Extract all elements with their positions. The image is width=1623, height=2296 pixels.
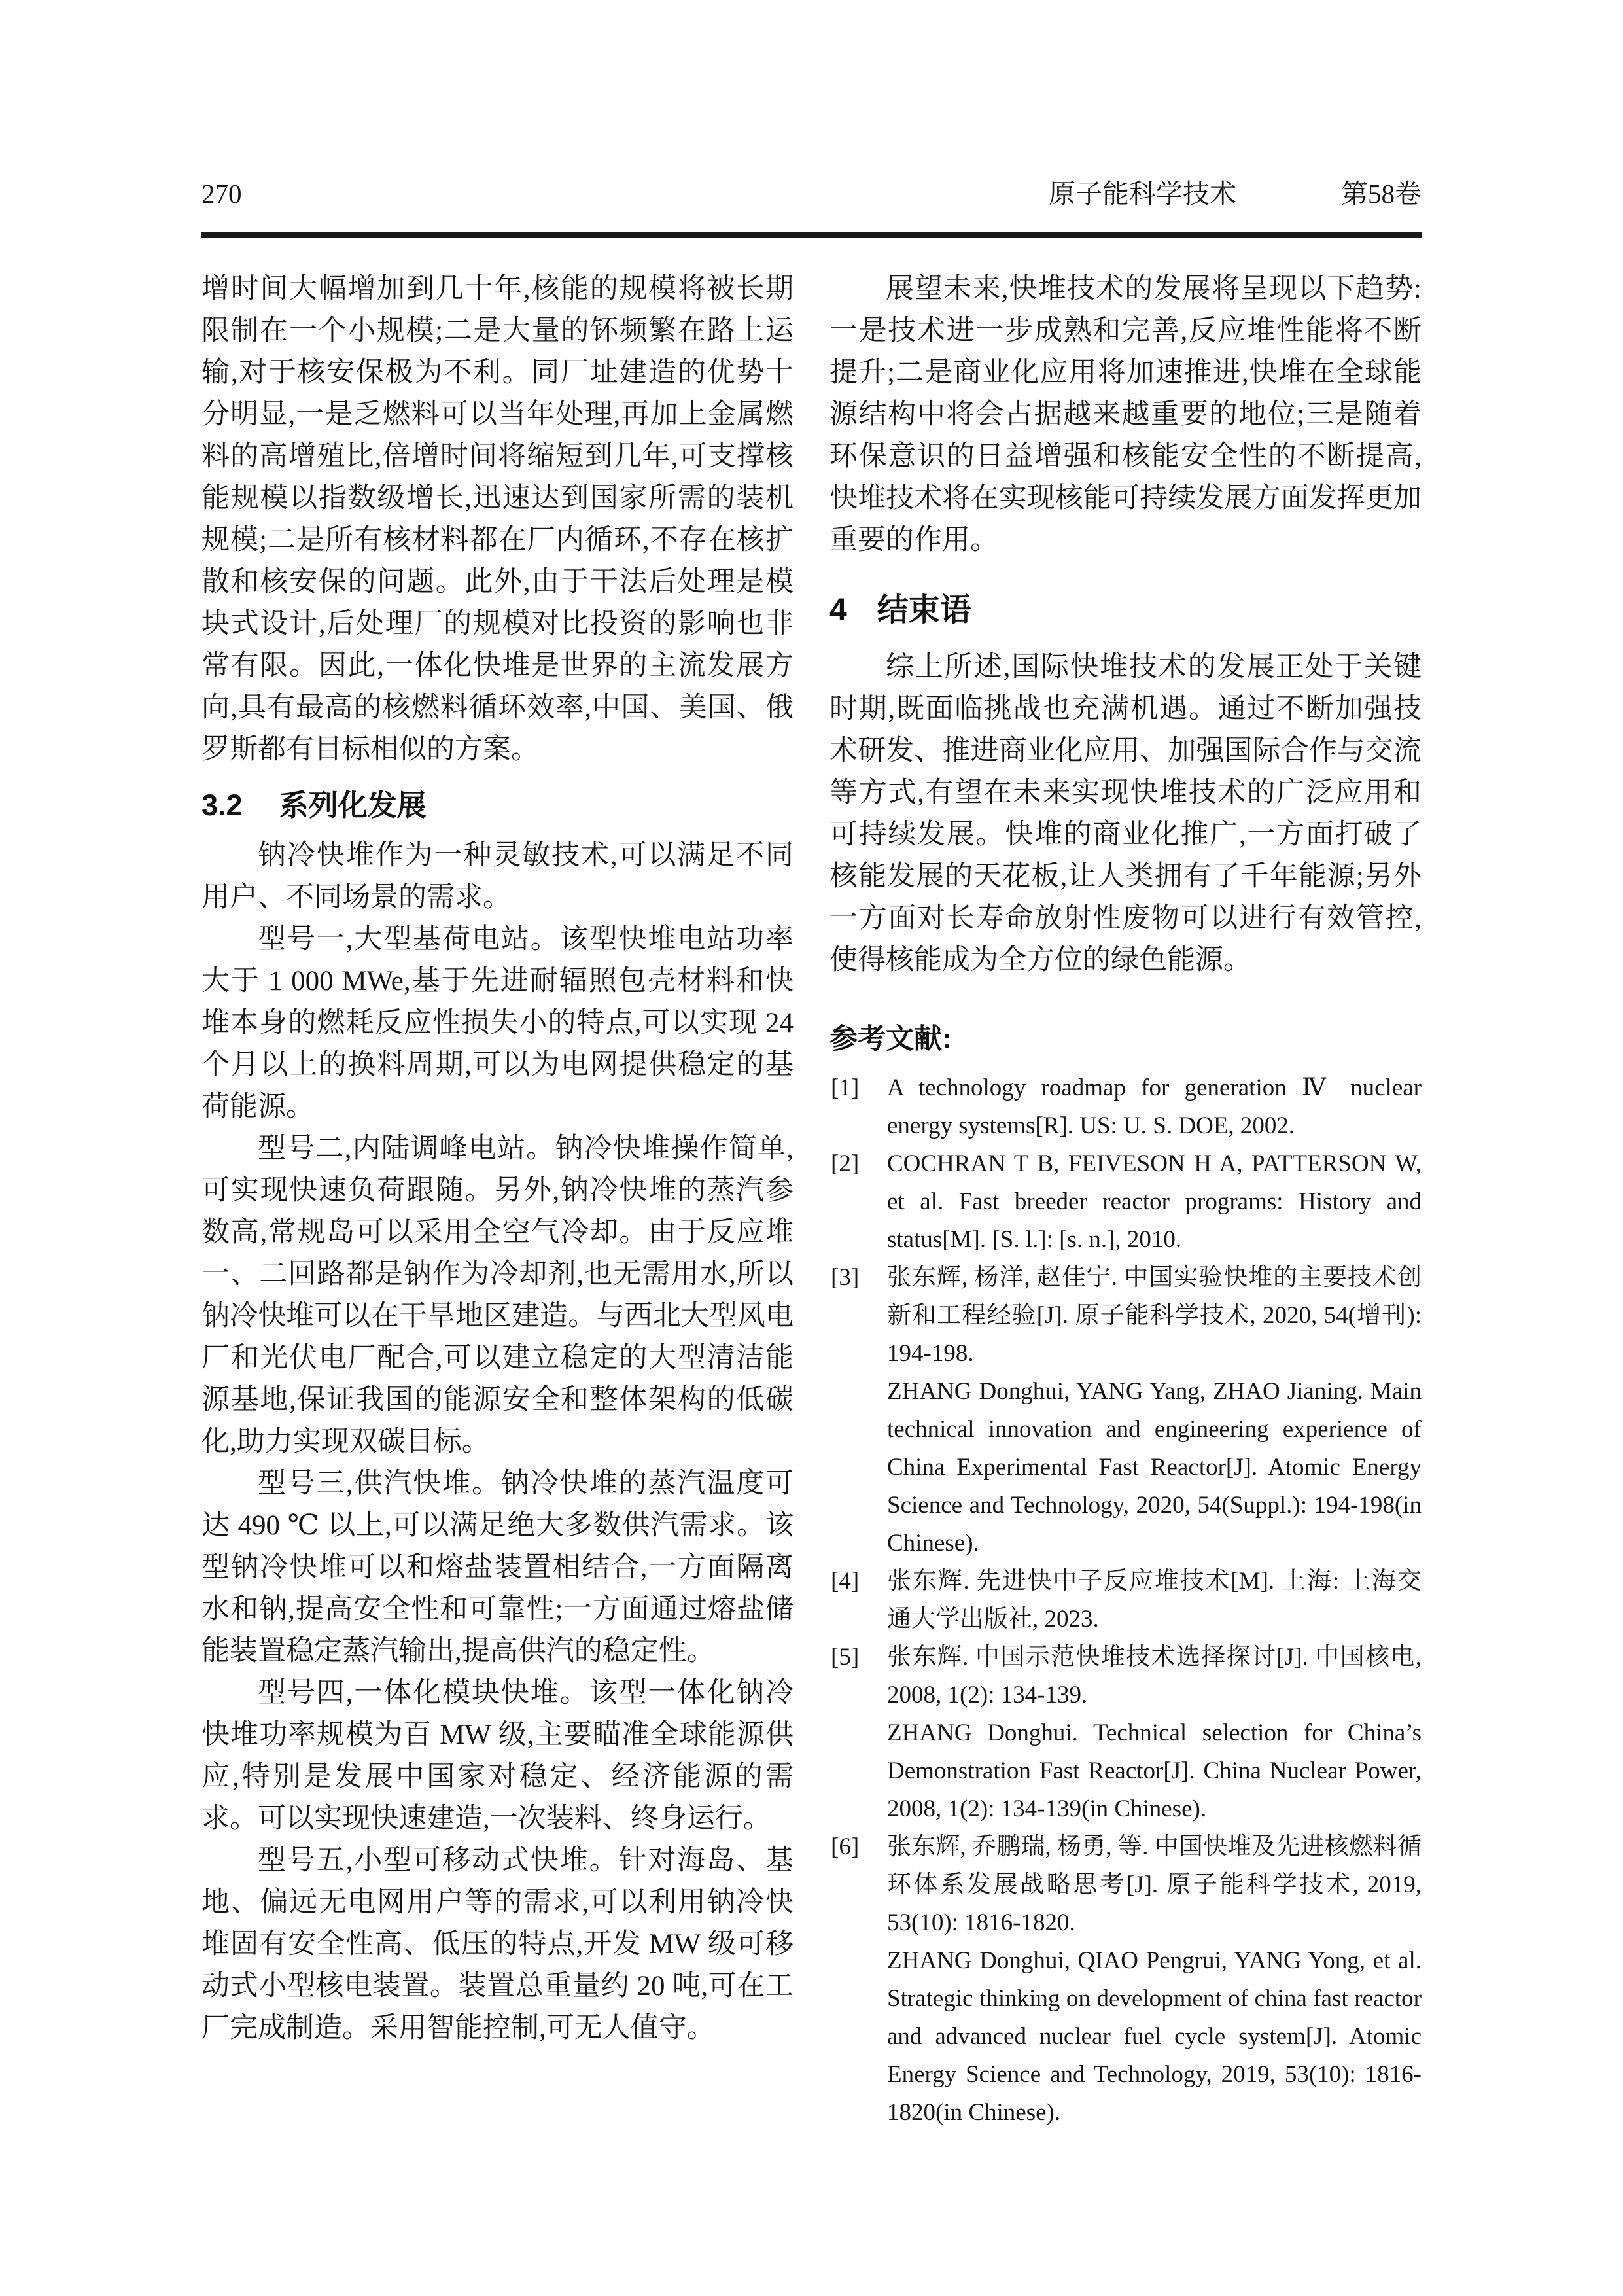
reference-item-4: [4] 张东辉. 先进快中子反应堆技术[M]. 上海: 上海交通大学出版社, 2…: [829, 1563, 1422, 1638]
reference-label: [3]: [831, 1259, 859, 1297]
reference-text: 张东辉, 乔鹏瑞, 杨勇, 等. 中国快堆及先进核燃料循环体系发展战略思考[J]…: [887, 1828, 1422, 1942]
reference-translation: ZHANG Donghui, QIAO Pengrui, YANG Yong, …: [887, 1942, 1422, 2132]
reference-label: [5]: [831, 1638, 859, 1676]
reference-translation: ZHANG Donghui, YANG Yang, ZHAO Jianing. …: [887, 1373, 1422, 1563]
reference-text: COCHRAN T B, FEIVESON H A, PATTERSON W, …: [887, 1145, 1422, 1259]
section-title: 结束语: [877, 593, 971, 627]
section-heading-4: 4结束语: [829, 589, 1422, 632]
section-heading-3-2: 3.2系列化发展: [201, 785, 794, 826]
paragraph-conclusion: 综上所述,国际快堆技术的发展正处于关键时期,既面临挑战也充满机遇。通过不断加强技…: [829, 646, 1422, 981]
header-double-rule: [201, 232, 1422, 238]
reference-text: 张东辉, 杨洋, 赵佳宁. 中国实验快堆的主要技术创新和工程经验[J]. 原子能…: [887, 1259, 1422, 1373]
reference-item-3: [3] 张东辉, 杨洋, 赵佳宁. 中国实验快堆的主要技术创新和工程经验[J].…: [829, 1259, 1422, 1563]
reference-item-5: [5] 张东辉. 中国示范快堆技术选择探讨[J]. 中国核电, 2008, 1(…: [829, 1638, 1422, 1828]
paragraph-model-2: 型号二,内陆调峰电站。钠冷快堆操作简单,可实现快速负荷跟随。另外,钠冷快堆的蒸汽…: [201, 1128, 794, 1463]
paragraph-model-4: 型号四,一体化模块快堆。该型一体化钠冷快堆功率规模为百 MW 级,主要瞄准全球能…: [201, 1672, 794, 1840]
reference-item-1: [1] A technology roadmap for generation …: [829, 1069, 1422, 1145]
section-title: 系列化发展: [279, 788, 427, 822]
reference-label: [4]: [831, 1563, 859, 1600]
paragraph-model-3: 型号三,供汽快堆。钠冷快堆的蒸汽温度可达 490 ℃ 以上,可以满足绝大多数供汽…: [201, 1463, 794, 1672]
reference-item-6: [6] 张东辉, 乔鹏瑞, 杨勇, 等. 中国快堆及先进核燃料循环体系发展战略思…: [829, 1828, 1422, 2132]
journal-page: 270 原子能科学技术 第58卷 增时间大幅增加到几十年,核能的规模将被长期限制…: [0, 0, 1623, 2296]
paragraph-outlook: 展望未来,快堆技术的发展将呈现以下趋势:一是技术进一步成熟和完善,反应堆性能将不…: [829, 268, 1422, 561]
two-column-body: 增时间大幅增加到几十年,核能的规模将被长期限制在一个小规模;二是大量的钚频繁在路…: [201, 268, 1422, 2132]
right-column: 展望未来,快堆技术的发展将呈现以下趋势:一是技术进一步成熟和完善,反应堆性能将不…: [829, 268, 1422, 2132]
left-column: 增时间大幅增加到几十年,核能的规模将被长期限制在一个小规模;二是大量的钚频繁在路…: [201, 268, 794, 2132]
paragraph-model-1: 型号一,大型基荷电站。该型快堆电站功率大于 1 000 MWe,基于先进耐辐照包…: [201, 919, 794, 1128]
paragraph-intro: 钠冷快堆作为一种灵敏技术,可以满足不同用户、不同场景的需求。: [201, 835, 794, 919]
reference-item-2: [2] COCHRAN T B, FEIVESON H A, PATTERSON…: [829, 1145, 1422, 1259]
reference-label: [6]: [831, 1828, 859, 1866]
reference-text: A technology roadmap for generation Ⅳ nu…: [887, 1069, 1422, 1145]
section-number: 3.2: [201, 788, 243, 822]
paragraph-continuation: 增时间大幅增加到几十年,核能的规模将被长期限制在一个小规模;二是大量的钚频繁在路…: [201, 268, 794, 771]
page-number: 270: [201, 177, 242, 211]
reference-label: [2]: [831, 1145, 859, 1183]
reference-label: [1]: [831, 1069, 859, 1107]
references-heading: 参考文献:: [829, 1019, 1422, 1059]
paragraph-model-5: 型号五,小型可移动式快堆。针对海岛、基地、偏远无电网用户等的需求,可以利用钠冷快…: [201, 1840, 794, 2049]
running-head-right: 原子能科学技术 第58卷: [1049, 177, 1422, 211]
reference-text: 张东辉. 中国示范快堆技术选择探讨[J]. 中国核电, 2008, 1(2): …: [887, 1638, 1422, 1714]
section-number: 4: [829, 593, 847, 627]
reference-text: 张东辉. 先进快中子反应堆技术[M]. 上海: 上海交通大学出版社, 2023.: [887, 1563, 1422, 1638]
journal-title: 原子能科学技术: [1049, 177, 1236, 211]
volume-label: 第58卷: [1341, 177, 1422, 211]
running-head: 270 原子能科学技术 第58卷: [201, 177, 1422, 211]
reference-list: [1] A technology roadmap for generation …: [829, 1069, 1422, 2132]
reference-translation: ZHANG Donghui. Technical selection for C…: [887, 1714, 1422, 1828]
